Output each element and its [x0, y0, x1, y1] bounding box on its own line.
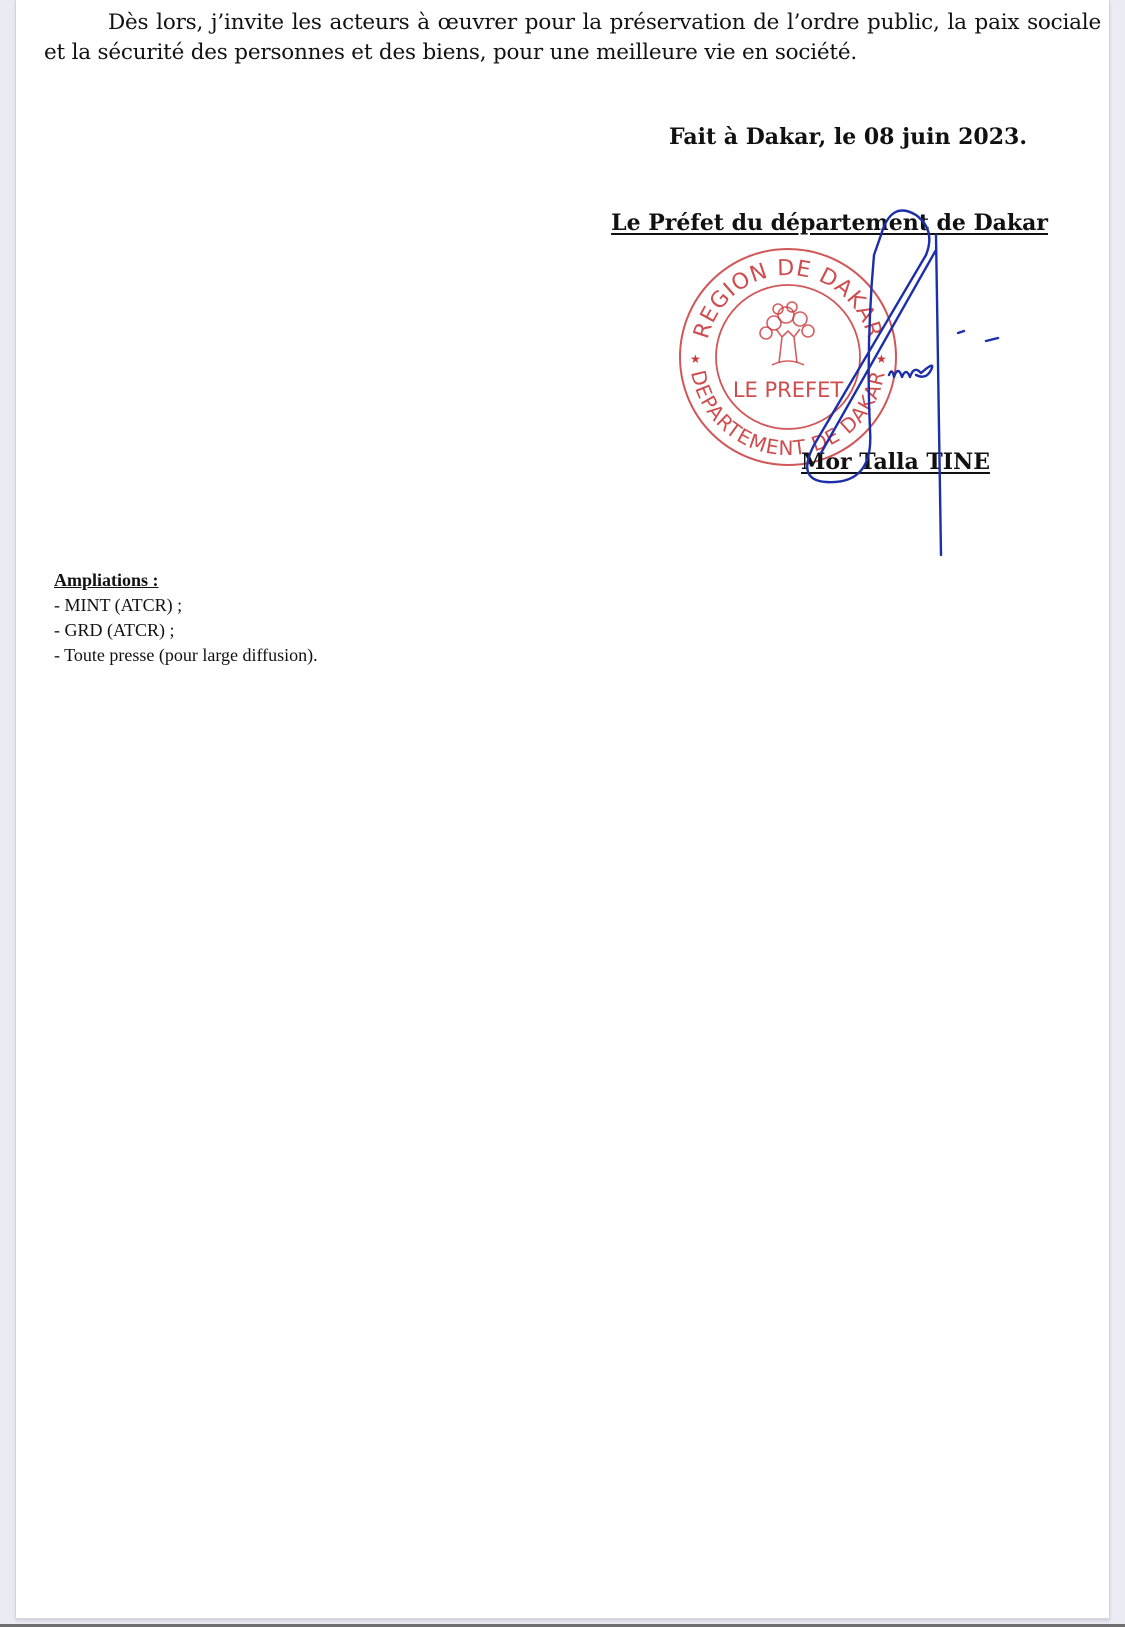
ampliation-item: - Toute presse (pour large diffusion). [54, 643, 318, 668]
paragraph-text: Dès lors, j’invite les acteurs à œuvrer … [44, 10, 1101, 65]
document-page: Dès lors, j’invite les acteurs à œuvrer … [15, 0, 1110, 1618]
svg-text:REGION DE DAKAR: REGION DE DAKAR [689, 256, 886, 342]
stamp-top-text: REGION DE DAKAR [689, 256, 886, 342]
svg-text:★: ★ [690, 352, 701, 366]
signer-title: Le Préfet du département de Dakar [611, 210, 1048, 236]
closing-paragraph: Dès lors, j’invite les acteurs à œuvrer … [44, 8, 1101, 68]
ampliations-section: Ampliations : - MINT (ATCR) ; - GRD (ATC… [54, 568, 318, 668]
stamp-center-text: LE PREFET [733, 378, 844, 402]
signer-name: Mor Talla TINE [801, 449, 990, 475]
ampliation-item: - GRD (ATCR) ; [54, 618, 318, 643]
document-viewer: Dès lors, j’invite les acteurs à œuvrer … [0, 0, 1125, 1627]
ampliations-heading: Ampliations : [54, 570, 159, 590]
svg-text:★: ★ [876, 352, 887, 366]
official-stamp-icon: REGION DE DAKAR DEPARTEMENT DE DAKAR ★ ★… [676, 245, 901, 470]
ampliation-item: - MINT (ATCR) ; [54, 593, 318, 618]
baobab-tree-icon [760, 302, 814, 365]
date-line: Fait à Dakar, le 08 juin 2023. [669, 124, 1027, 150]
